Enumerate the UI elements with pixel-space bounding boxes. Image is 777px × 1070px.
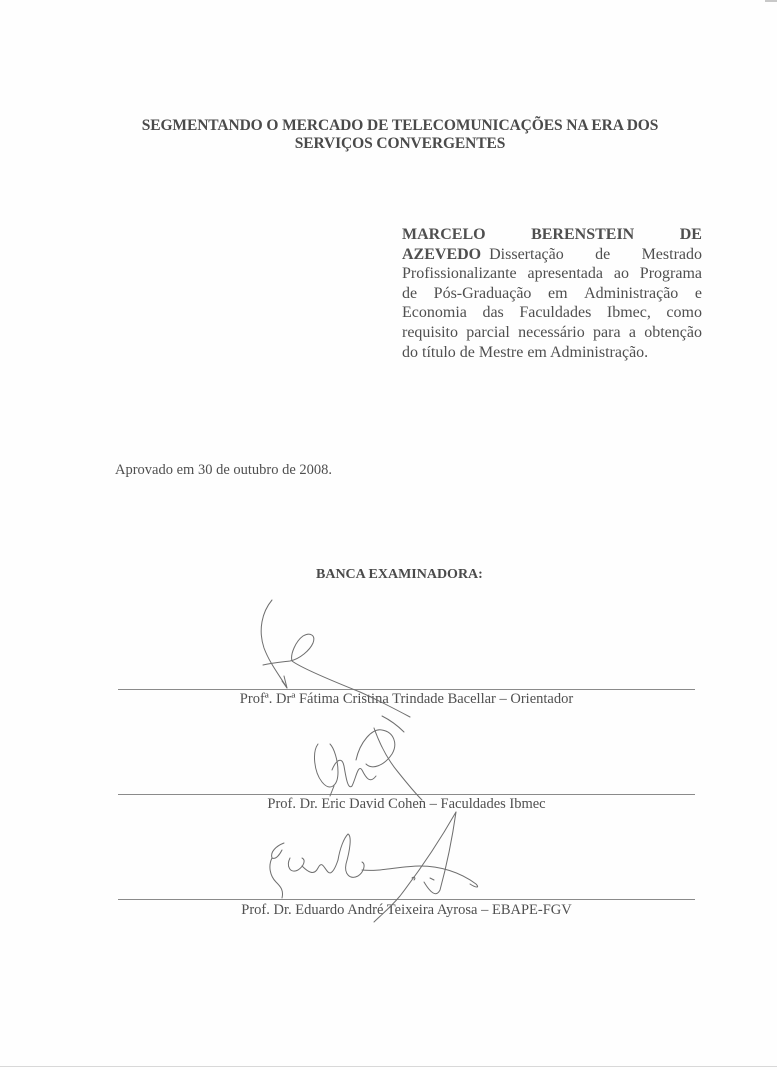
document-page: SEGMENTANDO O MERCADO DE TELECOMUNICAÇÕE… — [0, 0, 777, 1070]
approval-date: Aprovado em 30 de outubro de 2008. — [115, 462, 332, 479]
word: Faculdades — [519, 303, 591, 323]
word: Mestrado — [642, 245, 702, 265]
word: em — [548, 284, 568, 304]
word: de — [402, 284, 417, 304]
author-last-name: AZEVEDO — [402, 245, 481, 265]
author-particle: DE — [680, 225, 702, 245]
examiner-name-3: Prof. Dr. Eduardo André Teixeira Ayrosa … — [118, 902, 695, 919]
word: requisito — [402, 323, 458, 343]
word: Administração — [584, 284, 678, 304]
dissertation-title: SEGMENTANDO O MERCADO DE TELECOMUNICAÇÕE… — [100, 117, 700, 153]
word: obtenção — [644, 323, 702, 343]
description-line-3: EconomiadasFaculdadesIbmec,como — [402, 303, 702, 323]
author-name-line-2: AZEVEDO DissertaçãodeMestrado — [402, 245, 702, 265]
title-line-2: SERVIÇOS CONVERGENTES — [100, 135, 700, 153]
word: Dissertação — [489, 245, 564, 265]
author-description-block: MARCELO BERENSTEIN DE AZEVEDO Dissertaçã… — [402, 225, 702, 362]
signature-line-3 — [118, 899, 695, 900]
word: Ibmec, — [607, 303, 651, 323]
description-line-2: dePós-GraduaçãoemAdministraçãoe — [402, 284, 702, 304]
author-name-line-1: MARCELO BERENSTEIN DE — [402, 225, 702, 245]
description-line-1: ProfissionalizanteapresentadaaoPrograma — [402, 264, 702, 284]
word: a — [629, 323, 636, 343]
description-line-0: DissertaçãodeMestrado — [489, 245, 702, 265]
signature-2-icon — [315, 716, 422, 800]
word: parcial — [466, 323, 510, 343]
word: Profissionalizante — [402, 264, 517, 284]
author-middle-name: BERENSTEIN — [531, 225, 634, 245]
word: apresentada — [527, 264, 603, 284]
word: e — [695, 284, 702, 304]
word: Economia — [402, 303, 467, 323]
word: necessário — [518, 323, 585, 343]
word: para — [593, 323, 621, 343]
word: das — [482, 303, 503, 323]
signature-line-1 — [118, 689, 695, 690]
word: de — [595, 245, 610, 265]
title-line-1: SEGMENTANDO O MERCADO DE TELECOMUNICAÇÕE… — [100, 117, 700, 135]
scan-artifact — [765, 0, 777, 2]
description-line-4: requisitoparcialnecessárioparaaobtenção — [402, 323, 702, 343]
word: Pós-Graduação — [434, 284, 532, 304]
word: Programa — [640, 264, 702, 284]
scan-bottom-edge — [0, 1066, 777, 1067]
word: como — [666, 303, 702, 323]
description-line-5: do título de Mestre em Administração. — [402, 343, 702, 363]
signature-line-2 — [118, 794, 695, 795]
examining-board-heading: BANCA EXAMINADORA: — [316, 567, 483, 583]
author-first-name: MARCELO — [402, 225, 486, 245]
examiner-name-2: Prof. Dr. Eric David Cohen – Faculdades … — [118, 796, 695, 813]
word: ao — [614, 264, 629, 284]
examiner-name-1: Profª. Drª Fátima Cristina Trindade Bace… — [118, 691, 695, 708]
